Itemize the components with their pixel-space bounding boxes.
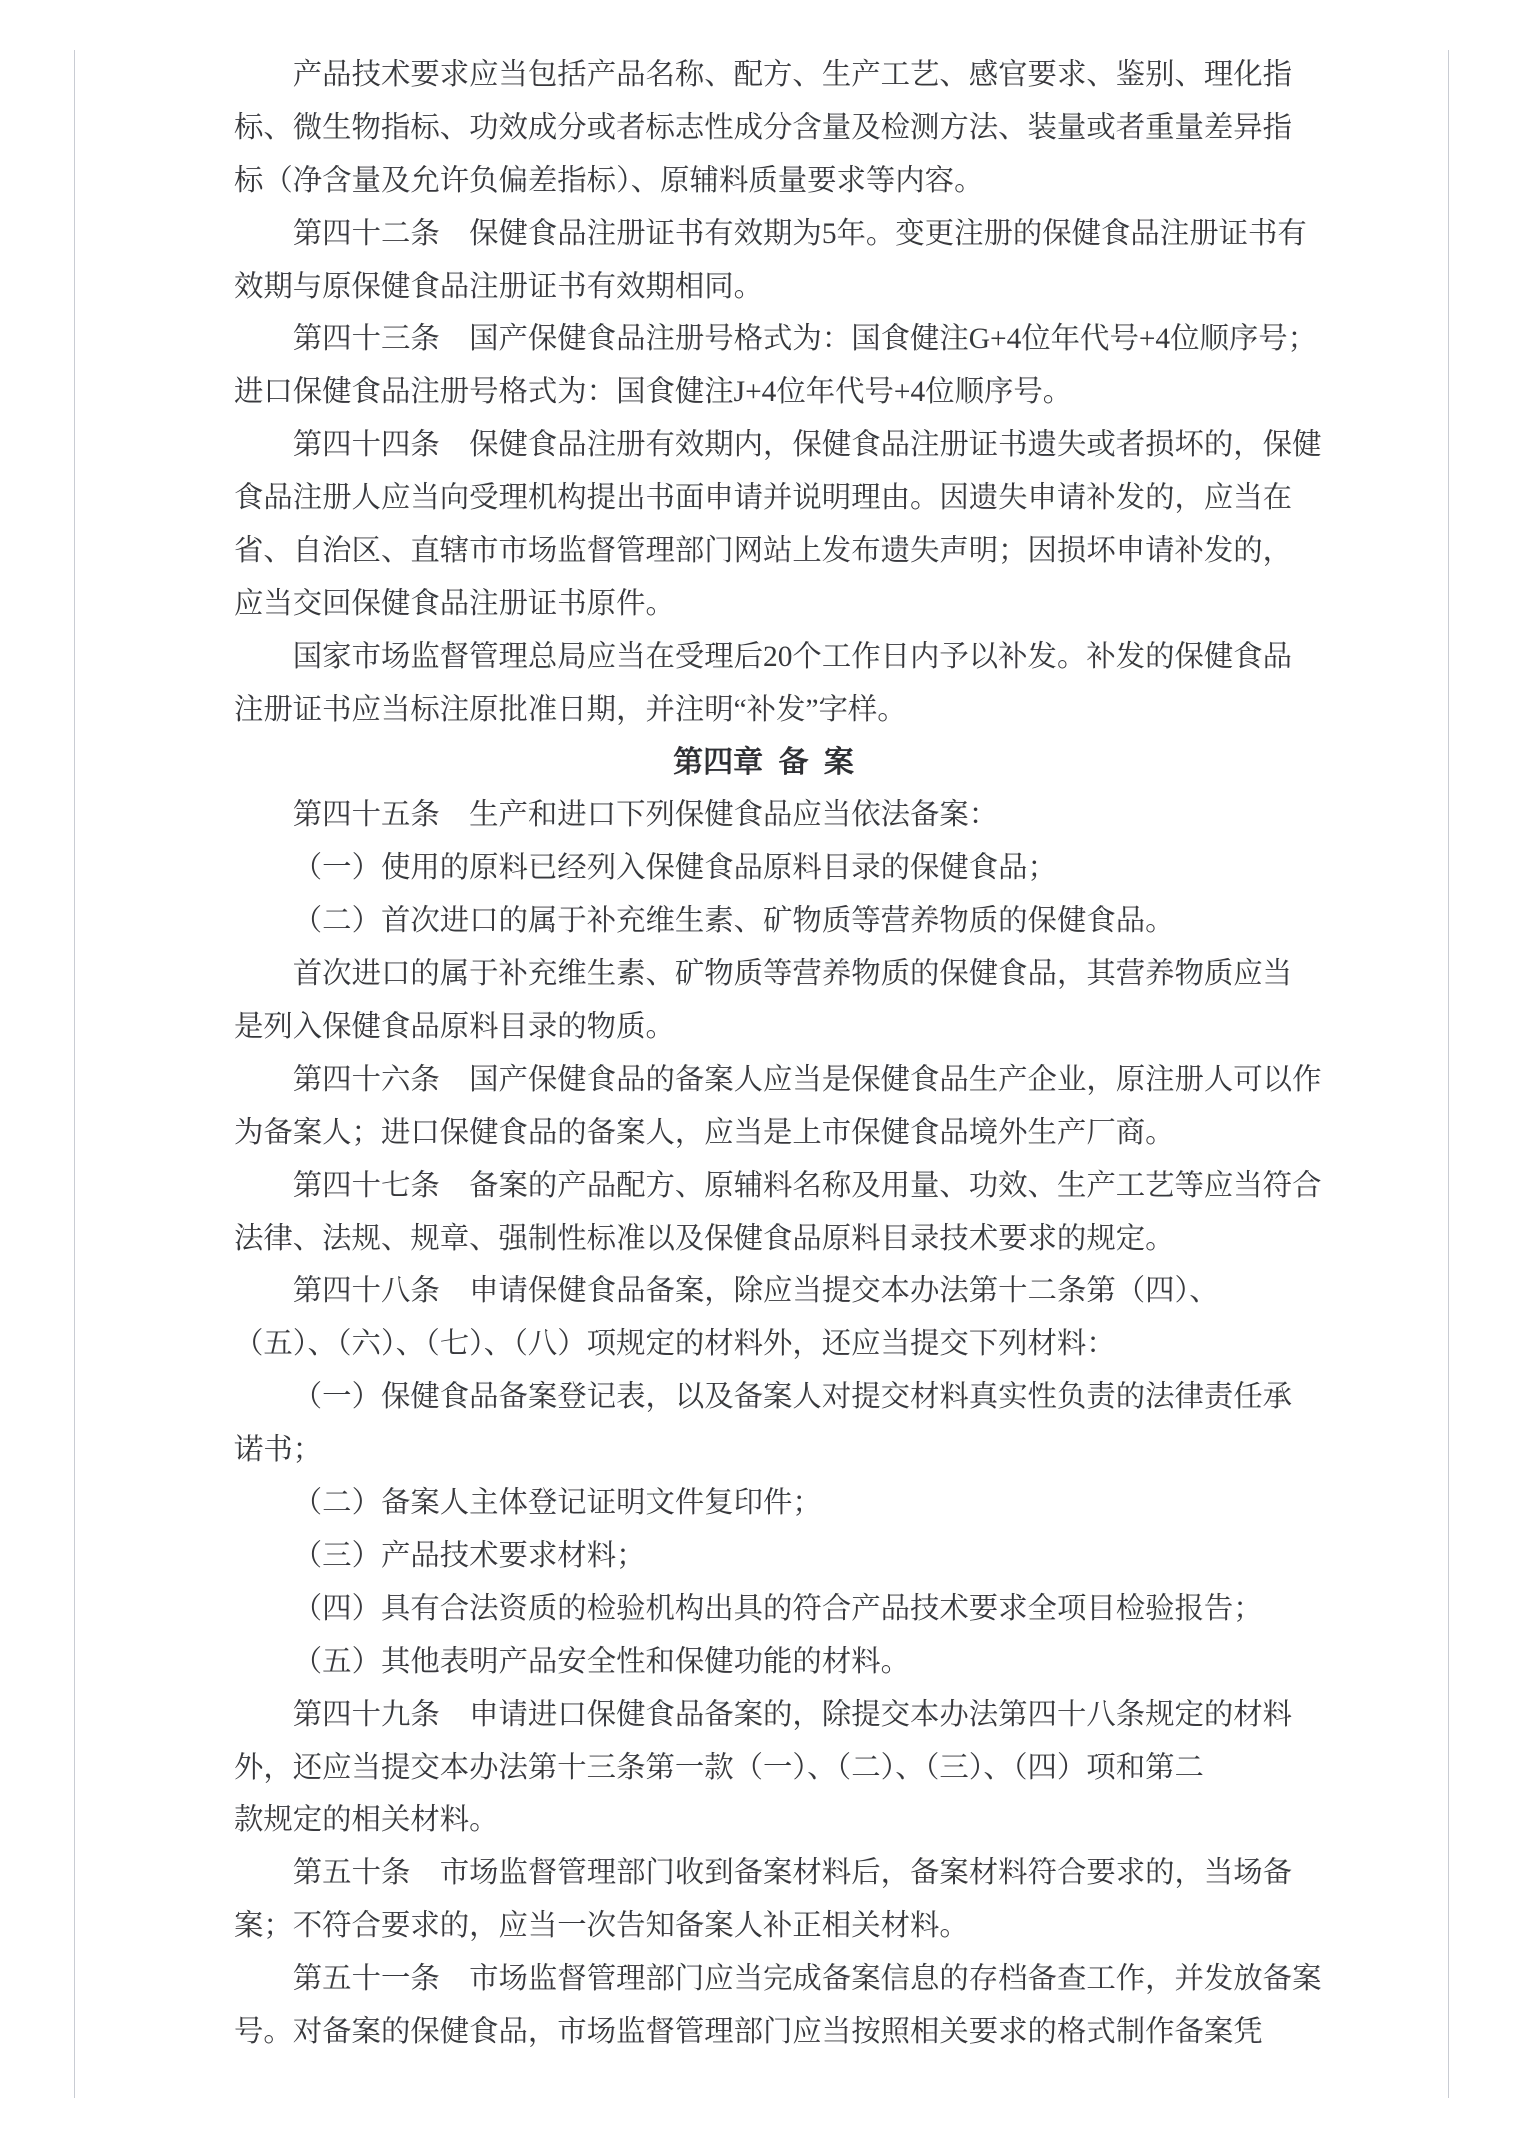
text-line-37: 第五十一条 市场监督管理部门应当完成备案信息的存档备查工作，并发放备案 xyxy=(234,1953,1293,2006)
text-line-38: 号。对备案的保健食品，市场监督管理部门应当按照相关要求的格式制作备案凭 xyxy=(234,2006,1293,2059)
text-line-2: 标、微生物指标、功效成分或者标志性成分含量及检测方法、装量或者重量差异指 xyxy=(234,102,1293,155)
text-line-19: 是列入保健食品原料目录的物质。 xyxy=(234,1001,1293,1054)
chapter-heading: 第四章 备 案 xyxy=(234,737,1293,790)
text-line-33: 外，还应当提交本办法第十三条第一款（一）、（二）、（三）、（四）项和第二 xyxy=(234,1742,1293,1795)
text-line-30: （四）具有合法资质的检验机构出具的符合产品技术要求全项目检验报告； xyxy=(234,1583,1293,1636)
text-line-17: （二）首次进口的属于补充维生素、矿物质等营养物质的保健食品。 xyxy=(234,895,1293,948)
text-line-6: 第四十三条 国产保健食品注册号格式为：国食健注G+4位年代号+4位顺序号； xyxy=(234,313,1293,366)
text-line-24: 第四十八条 申请保健食品备案，除应当提交本办法第十二条第（四）、 xyxy=(234,1265,1293,1318)
text-line-23: 法律、法规、规章、强制性标准以及保健食品原料目录技术要求的规定。 xyxy=(234,1213,1293,1266)
text-line-20: 第四十六条 国产保健食品的备案人应当是保健食品生产企业，原注册人可以作 xyxy=(234,1054,1293,1107)
document-page: 产品技术要求应当包括产品名称、配方、生产工艺、感官要求、鉴别、理化指标、微生物指… xyxy=(74,50,1449,2098)
text-line-5: 效期与原保健食品注册证书有效期相同。 xyxy=(234,261,1293,314)
document-lines: 产品技术要求应当包括产品名称、配方、生产工艺、感官要求、鉴别、理化指标、微生物指… xyxy=(234,49,1293,2059)
text-line-9: 食品注册人应当向受理机构提出书面申请并说明理由。因遗失申请补发的，应当在 xyxy=(234,472,1293,525)
text-line-3: 标（净含量及允许负偏差指标）、原辅料质量要求等内容。 xyxy=(234,155,1293,208)
text-line-12: 国家市场监督管理总局应当在受理后20个工作日内予以补发。补发的保健食品 xyxy=(234,631,1293,684)
text-line-34: 款规定的相关材料。 xyxy=(234,1794,1293,1847)
text-line-8: 第四十四条 保健食品注册有效期内，保健食品注册证书遗失或者损坏的，保健 xyxy=(234,419,1293,472)
text-line-26: （一）保健食品备案登记表，以及备案人对提交材料真实性负责的法律责任承 xyxy=(234,1371,1293,1424)
text-line-16: （一）使用的原料已经列入保健食品原料目录的保健食品； xyxy=(234,842,1293,895)
text-line-25: （五）、（六）、（七）、（八）项规定的材料外，还应当提交下列材料： xyxy=(234,1318,1293,1371)
text-line-4: 第四十二条 保健食品注册证书有效期为5年。变更注册的保健食品注册证书有 xyxy=(234,208,1293,261)
text-line-32: 第四十九条 申请进口保健食品备案的，除提交本办法第四十八条规定的材料 xyxy=(234,1689,1293,1742)
text-line-31: （五）其他表明产品安全性和保健功能的材料。 xyxy=(234,1636,1293,1689)
text-line-29: （三）产品技术要求材料； xyxy=(234,1530,1293,1583)
text-line-27: 诺书； xyxy=(234,1424,1293,1477)
text-line-18: 首次进口的属于补充维生素、矿物质等营养物质的保健食品，其营养物质应当 xyxy=(234,948,1293,1001)
text-line-35: 第五十条 市场监督管理部门收到备案材料后，备案材料符合要求的，当场备 xyxy=(234,1847,1293,1900)
text-line-10: 省、自治区、直辖市市场监督管理部门网站上发布遗失声明；因损坏申请补发的， xyxy=(234,525,1293,578)
text-line-7: 进口保健食品注册号格式为：国食健注J+4位年代号+4位顺序号。 xyxy=(234,366,1293,419)
text-line-22: 第四十七条 备案的产品配方、原辅料名称及用量、功效、生产工艺等应当符合 xyxy=(234,1160,1293,1213)
text-line-1: 产品技术要求应当包括产品名称、配方、生产工艺、感官要求、鉴别、理化指 xyxy=(234,49,1293,102)
text-line-15: 第四十五条 生产和进口下列保健食品应当依法备案： xyxy=(234,789,1293,842)
text-line-13: 注册证书应当标注原批准日期，并注明“补发”字样。 xyxy=(234,684,1293,737)
text-line-11: 应当交回保健食品注册证书原件。 xyxy=(234,578,1293,631)
text-line-21: 为备案人；进口保健食品的备案人，应当是上市保健食品境外生产厂商。 xyxy=(234,1107,1293,1160)
text-line-36: 案；不符合要求的，应当一次告知备案人补正相关材料。 xyxy=(234,1900,1293,1953)
text-line-28: （二）备案人主体登记证明文件复印件； xyxy=(234,1477,1293,1530)
